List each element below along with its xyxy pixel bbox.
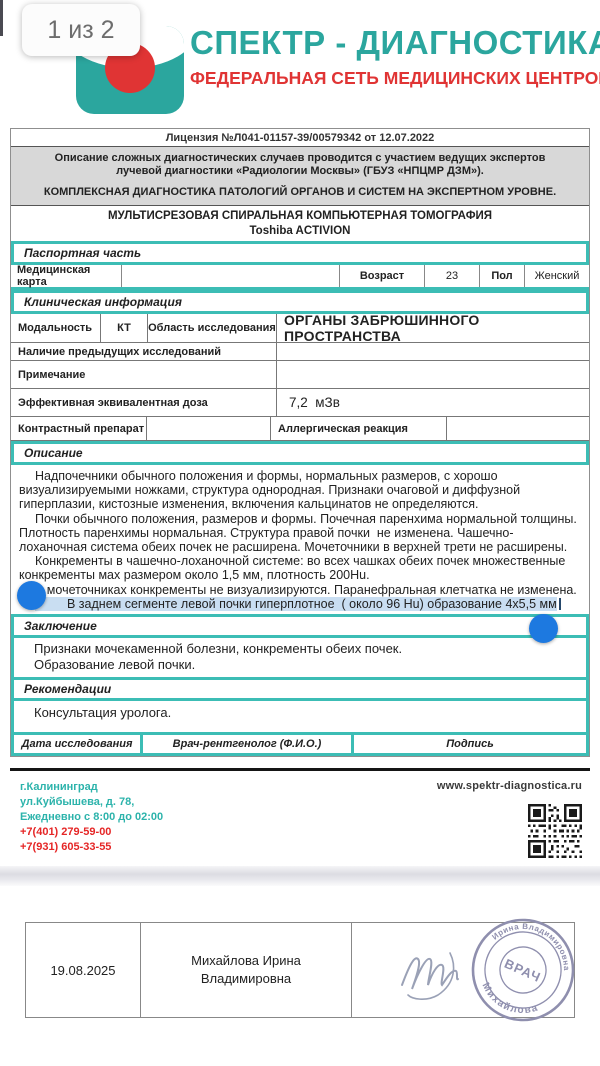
selection-handle-end-icon[interactable] xyxy=(529,614,558,643)
selected-text-highlight[interactable]: В заднем сегменте левой почки гиперплотн… xyxy=(35,597,557,611)
previous-studies-row: Наличие предыдущих исследований xyxy=(11,343,589,361)
clinic-tagline: ФЕДЕРАЛЬНАЯ СЕТЬ МЕДИЦИНСКИХ ЦЕНТРОВ xyxy=(190,68,590,89)
study-area-label: Область исследования xyxy=(148,314,277,342)
note-label: Примечание xyxy=(11,361,277,388)
license-line: Лицензия №Л041-01157-39/00579342 от 12.0… xyxy=(11,129,589,146)
footer-address: ул.Куйбышева, д. 78, xyxy=(20,795,163,810)
stamp-bottom-text: Ирина Владимировна xyxy=(489,908,583,974)
svg-text:Ирина Владимировна: Ирина Владимировна xyxy=(489,908,583,974)
allergy-label: Аллергическая реакция xyxy=(271,417,447,440)
study-date-value: 19.08.2025 xyxy=(26,923,141,1017)
contrast-row: Контрастный препарат Аллергическая реакц… xyxy=(11,417,589,441)
conclusion-line1: Признаки мочекаменной болезни, конкремен… xyxy=(34,641,580,657)
note-row: Примечание xyxy=(11,361,589,389)
sex-value: Женский xyxy=(524,265,589,287)
signature-table: 19.08.2025 Михайлова Ирина Владимировна … xyxy=(25,922,575,1018)
footer-city: г.Калининград xyxy=(20,780,163,795)
selection-caret xyxy=(559,598,561,610)
dose-row: Эффективная эквивалентная доза 7,2 мЗв xyxy=(11,389,589,417)
report-page-2: 19.08.2025 Михайлова Ирина Владимировна … xyxy=(0,886,600,1066)
modality-label: Модальность xyxy=(11,314,101,342)
exam-device: Toshiba ACTIVION xyxy=(11,225,589,237)
radiologist-name: Михайлова Ирина Владимировна xyxy=(141,923,352,1017)
doctor-stamp: ВРАЧ Михайлова Ирина Владимировна xyxy=(450,897,595,1042)
page-indicator-label: 1 из 2 xyxy=(47,16,114,45)
description-text: Надпочечники обычного положения и формы,… xyxy=(11,465,589,614)
expert-note-line1: Описание сложных диагностических случаев… xyxy=(37,152,563,178)
page-break-separator xyxy=(0,866,600,886)
exam-title: МУЛЬТИСРЕЗОВАЯ СПИРАЛЬНАЯ КОМПЬЮТЕРНАЯ Т… xyxy=(11,206,589,241)
exam-title-line1: МУЛЬТИСРЕЗОВАЯ СПИРАЛЬНАЯ КОМПЬЮТЕРНАЯ Т… xyxy=(11,210,589,222)
note-value xyxy=(277,361,284,388)
section-passport: Паспортная часть xyxy=(11,241,589,265)
dose-value: 7,2 мЗв xyxy=(277,389,589,416)
signature-label: Подпись xyxy=(354,735,586,753)
footer-hours: Ежедневно с 8:00 до 02:00 xyxy=(20,810,163,825)
study-area-value: ОРГАНЫ ЗАБРЮШИННОГО ПРОСТРАНСТВА xyxy=(277,314,589,342)
clinic-footer: г.Калининград ул.Куйбышева, д. 78, Ежедн… xyxy=(0,771,600,863)
website-url: www.spektr-diagnostica.ru xyxy=(437,780,582,792)
section-recommendations: Рекомендации xyxy=(11,677,589,701)
report-body: Лицензия №Л041-01157-39/00579342 от 12.0… xyxy=(10,128,590,757)
section-conclusion: Заключение xyxy=(11,614,589,638)
allergy-value xyxy=(447,417,454,440)
modality-row: Модальность КТ Область исследования ОРГА… xyxy=(11,314,589,343)
age-value: 23 xyxy=(424,265,479,287)
study-date-label: Дата исследования xyxy=(14,735,143,753)
viewer-edge-mark xyxy=(0,0,3,36)
contrast-label: Контрастный препарат xyxy=(11,417,147,440)
footer-phone-1: +7(401) 279-59-00 xyxy=(20,825,163,840)
recommendations-text: Консультация уролога. xyxy=(11,701,589,732)
previous-studies-label: Наличие предыдущих исследований xyxy=(11,343,277,360)
expert-note-line2: КОМПЛЕКСНАЯ ДИАГНОСТИКА ПАТОЛОГИЙ ОРГАНО… xyxy=(37,186,563,199)
med-card-label: Медицинская карта xyxy=(11,265,122,287)
description-paragraph: Почки обычного положения, размеров и фор… xyxy=(19,512,581,555)
radiologist-label: Врач-рентгенолог (Ф.И.О.) xyxy=(143,735,354,753)
signature-cell: ВРАЧ Михайлова Ирина Владимировна xyxy=(352,923,574,1017)
report-page-1: СПЕКТР - ДИАГНОСТИКА ФЕДЕРАЛЬНАЯ СЕТЬ МЕ… xyxy=(0,0,600,866)
qr-code-icon xyxy=(528,804,582,858)
selection-handle-start-icon[interactable] xyxy=(17,581,46,610)
contact-block: г.Калининград ул.Куйбышева, д. 78, Ежедн… xyxy=(20,780,163,863)
description-paragraph: Конкременты в чашечно-лоханочной системе… xyxy=(19,554,581,582)
section-clinical-info: Клиническая информация xyxy=(11,290,589,314)
section-description: Описание xyxy=(11,441,589,465)
age-label: Возраст xyxy=(339,265,424,287)
previous-studies-value xyxy=(277,343,284,360)
passport-row: Медицинская карта Возраст 23 Пол Женский xyxy=(11,265,589,290)
expert-note-box: Описание сложных диагностических случаев… xyxy=(11,146,589,206)
description-paragraph: В мочеточниках конкременты не визуализир… xyxy=(19,583,581,597)
contrast-value xyxy=(147,417,271,440)
conclusion-text: Признаки мочекаменной болезни, конкремен… xyxy=(11,638,589,677)
description-paragraph: Надпочечники обычного положения и формы,… xyxy=(19,469,581,512)
selected-finding-line: В заднем сегменте левой почки гиперплотн… xyxy=(19,597,581,611)
signature-header-row: Дата исследования Врач-рентгенолог (Ф.И.… xyxy=(11,732,589,756)
footer-phone-2: +7(931) 605-33-55 xyxy=(20,840,163,855)
clinic-name: СПЕКТР - ДИАГНОСТИКА xyxy=(190,24,590,62)
stamp-center-text: ВРАЧ xyxy=(502,956,543,985)
sex-label: Пол xyxy=(479,265,524,287)
page-indicator-badge: 1 из 2 xyxy=(22,4,140,56)
conclusion-line2: Образование левой почки. xyxy=(34,657,580,673)
modality-value: КТ xyxy=(101,314,148,342)
dose-label: Эффективная эквивалентная доза xyxy=(11,389,277,416)
